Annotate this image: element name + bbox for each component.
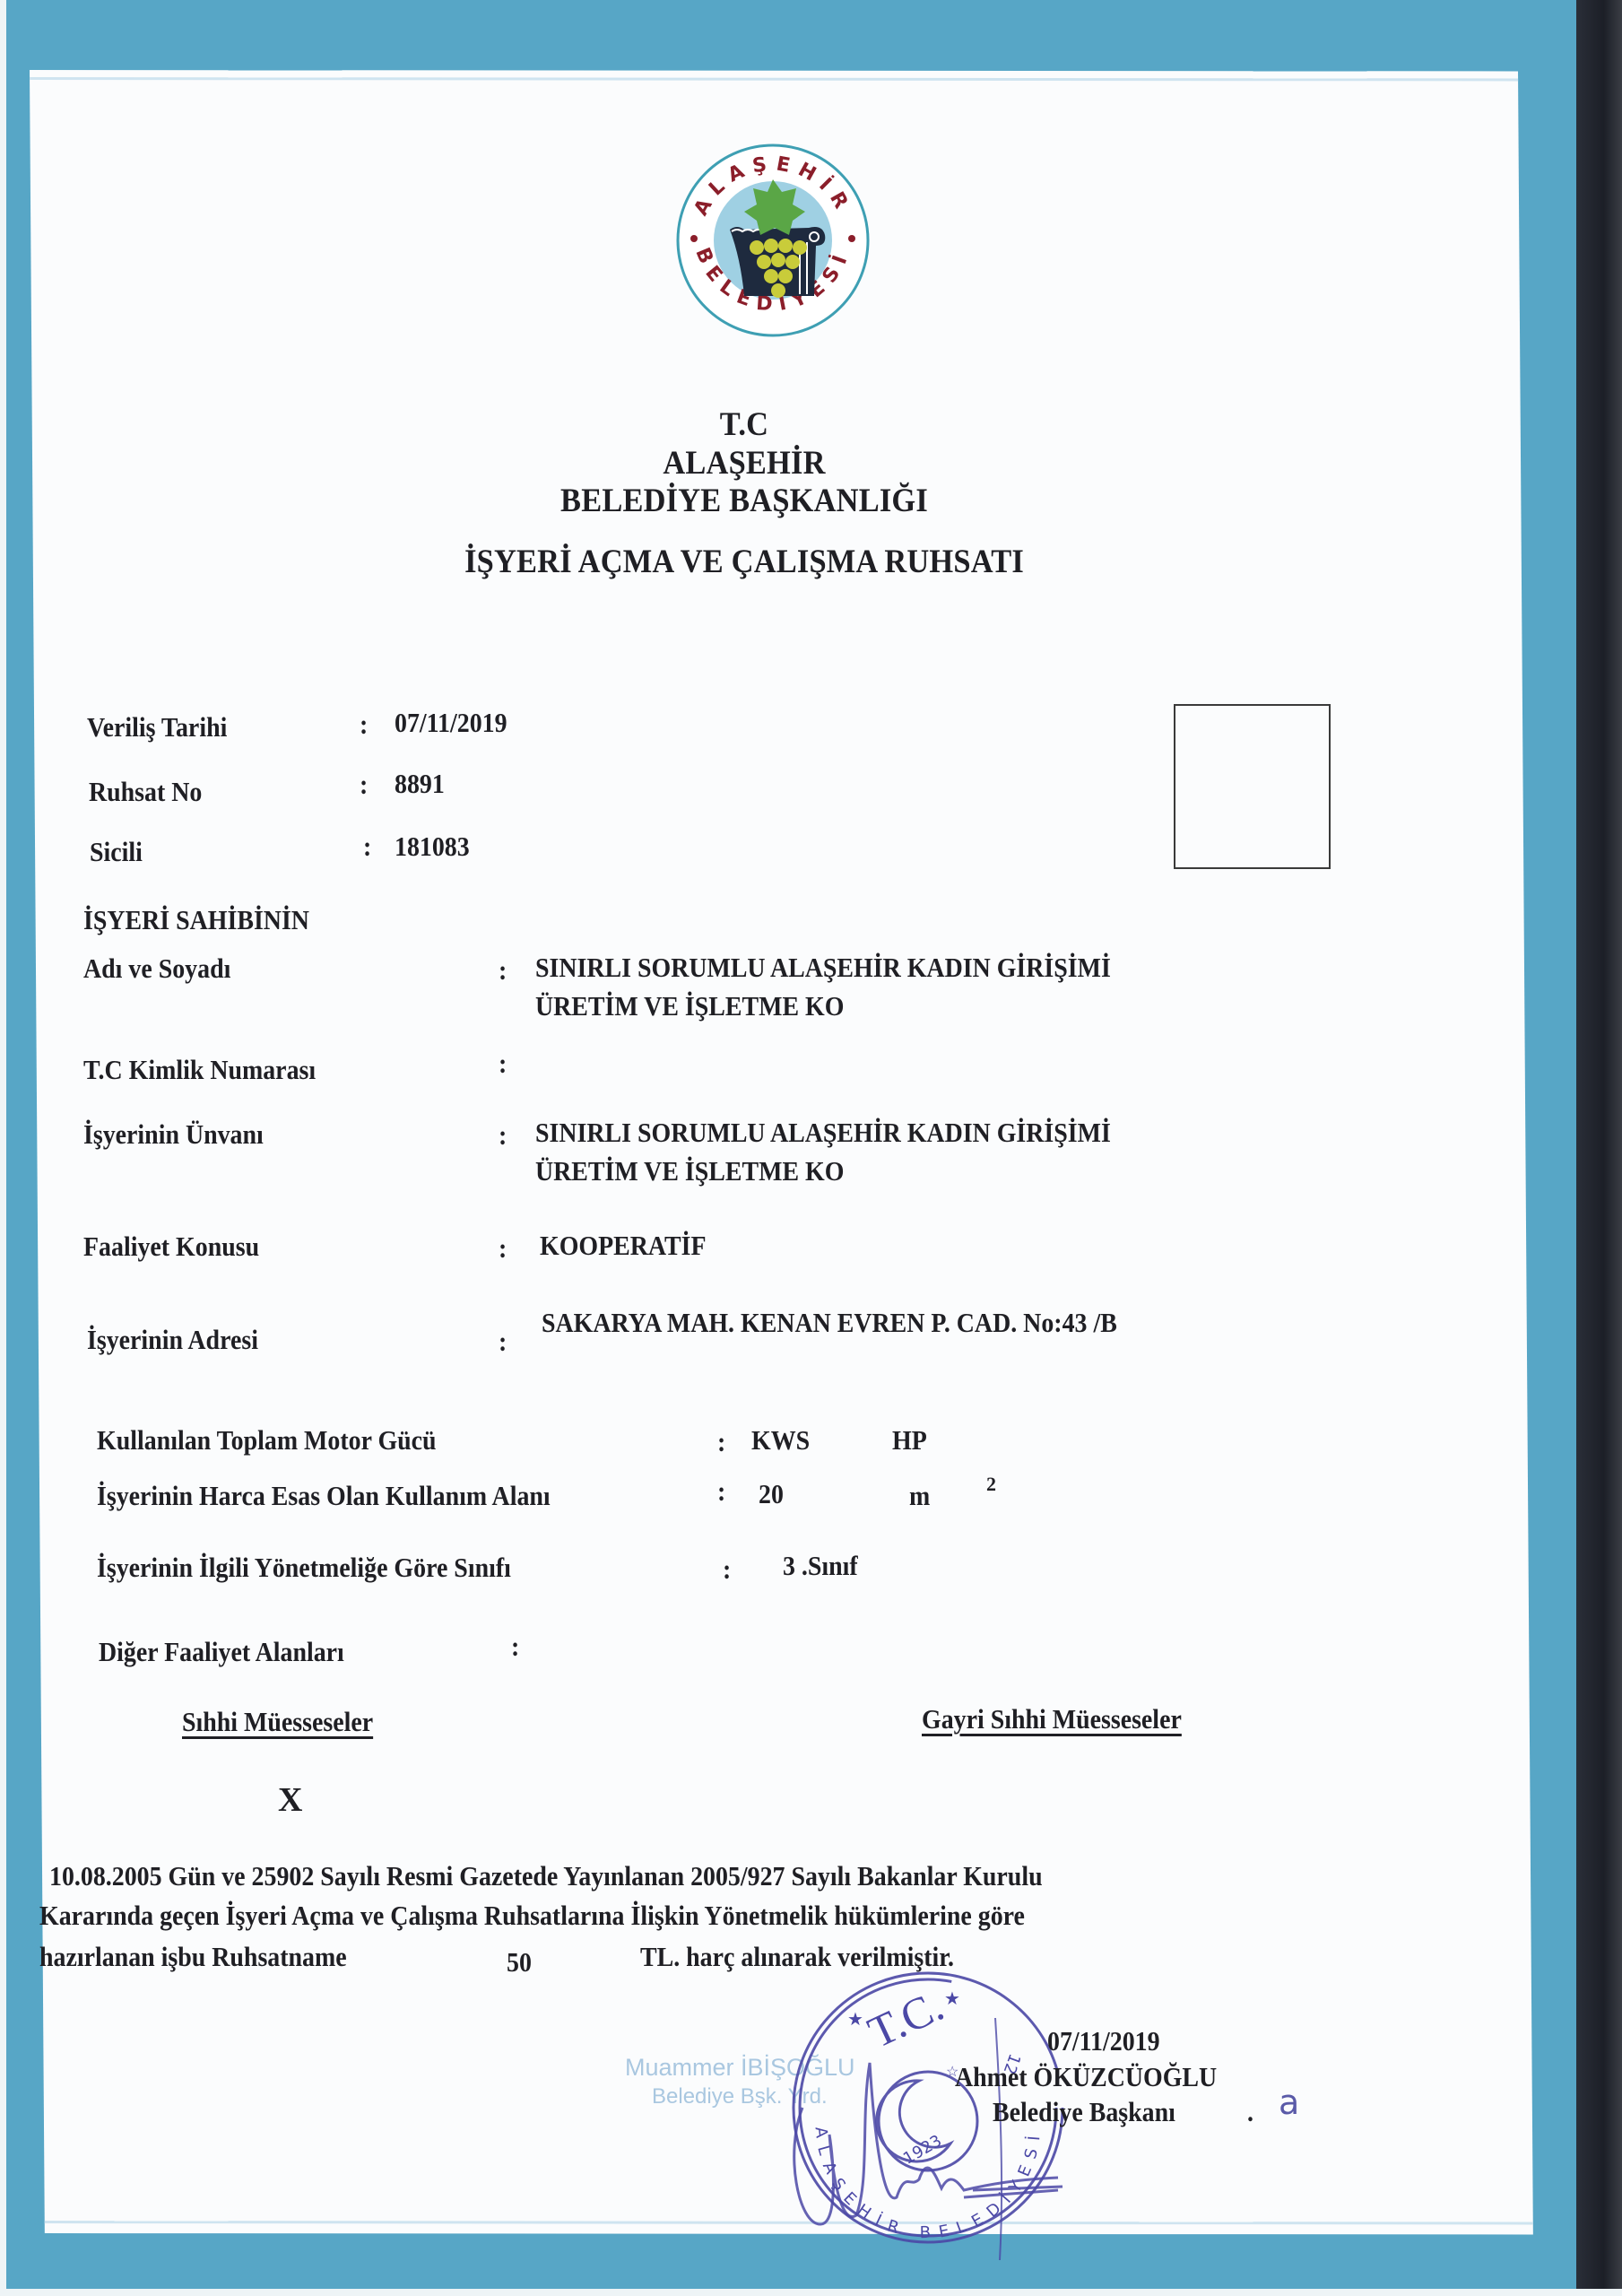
owner-name-label: Adı ve Soyadı [83,952,230,985]
handwritten-mark: a [1279,2083,1299,2122]
sanitary-establishments-heading: Sıhhi Müesseseler [182,1706,373,1738]
owner-name-value-line1: SINIRLI SORUMLU ALAŞEHİR KADIN GİRİŞİMİ [535,952,1111,984]
document-content: ALAŞEHİR BELEDİYESİ T.C ALAŞEHİR BELEDİY… [0,0,1622,2296]
license-no-value: 8891 [395,768,445,800]
colon: : [499,1232,507,1265]
photo-placeholder [1174,704,1331,869]
colon: : [717,1426,725,1458]
motor-power-label: Kullanılan Toplam Motor Gücü [97,1424,437,1457]
signatory-name: Ahmet ÖKÜZCÜOĞLU [955,2061,1217,2093]
activity-value: KOOPERATİF [540,1230,706,1262]
usage-area-label: İşyerinin Harca Esas Olan Kullanım Alanı [97,1480,551,1512]
owner-name-value-line2: ÜRETİM VE İŞLETME KO [535,990,844,1022]
alasehir-municipality-logo-icon: ALAŞEHİR BELEDİYESİ [674,142,872,339]
issue-date-value: 07/11/2019 [395,707,507,739]
svg-text:★: ★ [944,1989,960,2009]
header-municipality: BELEDİYE BAŞKANLIĞI [52,482,1436,520]
colon: : [360,769,368,801]
signatory-title-suffix: . [1247,2096,1253,2128]
svg-text:★: ★ [847,2010,863,2030]
sanitary-checkmark: X [278,1780,302,1820]
registry-label: Sicili [90,836,143,868]
colon: : [499,1326,507,1358]
legal-text-line3-prefix: hazırlanan işbu Ruhsatname [39,1941,347,1973]
non-sanitary-establishments-heading: Gayri Sıhhi Müesseseler [922,1703,1182,1735]
colon: : [499,1119,507,1152]
svg-text:1923: 1923 [900,2132,945,2169]
business-title-value-line1: SINIRLI SORUMLU ALAŞEHİR KADIN GİRİŞİMİ [535,1117,1111,1149]
legal-text-line1: 10.08.2005 Gün ve 25902 Sayılı Resmi Gaz… [49,1860,1043,1892]
header-tc: T.C [52,405,1436,444]
class-value: 3 .Sınıf [783,1550,858,1582]
colon: : [499,954,507,987]
address-label: İşyerinin Adresi [87,1324,258,1356]
colon: : [511,1631,519,1663]
usage-area-unit-exponent: 2 [986,1473,996,1496]
address-value: SAKARYA MAH. KENAN EVREN P. CAD. No:43 /… [542,1307,1117,1339]
business-title-label: İşyerinin Ünvanı [83,1118,264,1151]
motor-power-unit-hp: HP [892,1424,927,1457]
license-no-label: Ruhsat No [89,776,202,808]
usage-area-unit: m [909,1480,930,1512]
colon: : [360,709,368,741]
motor-power-unit-kws: KWS [751,1424,810,1457]
document-title: İŞYERİ AÇMA VE ÇALIŞMA RUHSATI [52,543,1436,581]
signatory-title: Belediye Başkanı [993,2096,1175,2128]
other-activities-label: Diğer Faaliyet Alanları [99,1636,344,1668]
header-city: ALAŞEHİR [52,444,1436,483]
colon: : [723,1553,731,1586]
fee-amount: 50 [507,1946,532,1979]
colon: : [363,831,371,863]
activity-label: Faaliyet Konusu [83,1231,259,1263]
class-label: İşyerinin İlgili Yönetmeliğe Göre Sınıfı [97,1552,511,1584]
business-title-value-line2: ÜRETİM VE İŞLETME KO [535,1155,844,1187]
tc-id-label: T.C Kimlik Numarası [83,1054,316,1086]
registry-value: 181083 [395,831,470,863]
signature-date: 07/11/2019 [1047,2025,1160,2057]
owner-section-heading: İŞYERİ SAHİBİNİN [83,904,309,936]
colon: : [717,1475,725,1508]
legal-text-line2: Kararında geçen İşyeri Açma ve Çalışma R… [39,1900,1025,1932]
usage-area-value: 20 [759,1478,784,1510]
issue-date-label: Veriliş Tarihi [87,711,227,744]
colon: : [499,1048,507,1080]
